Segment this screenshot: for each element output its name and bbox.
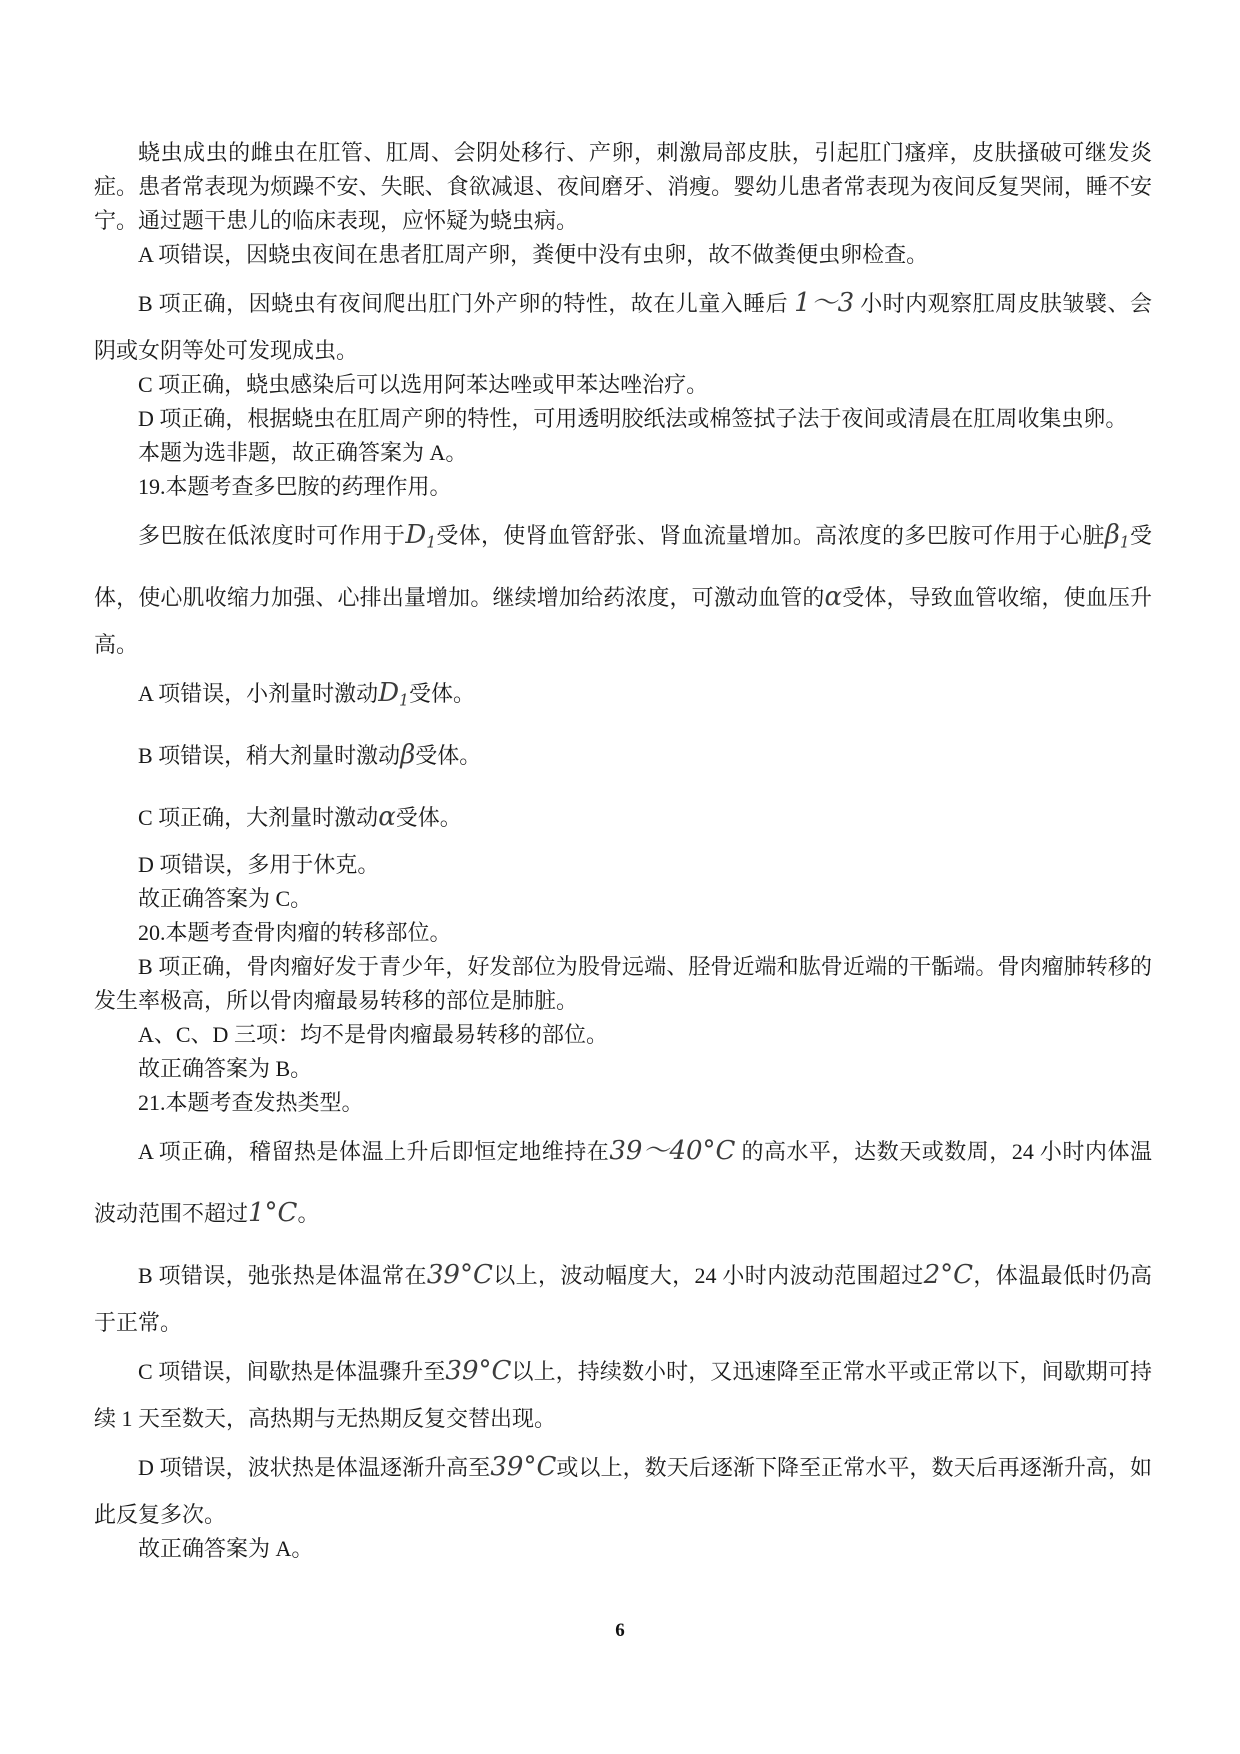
paragraph: C 项正确，蛲虫感染后可以选用阿苯达唑或甲苯达唑治疗。: [94, 368, 1152, 402]
math-formula: 39°C: [445, 1356, 511, 1386]
math-formula: 1°C: [248, 1198, 297, 1228]
paragraph: A 项错误，因蛲虫夜间在患者肛周产卵，粪便中没有虫卵，故不做粪便虫卵检查。: [94, 238, 1152, 272]
math-formula: 39°C: [490, 1452, 556, 1482]
paragraph: 21.本题考查发热类型。: [94, 1086, 1152, 1120]
paragraph: A 项正确，稽留热是体温上升后即恒定地维持在39～40°C 的高水平，达数天或数…: [94, 1120, 1152, 1244]
page-number: 6: [0, 1620, 1240, 1642]
math-formula: β: [400, 740, 415, 770]
math-formula: α: [378, 802, 396, 832]
paragraph: 故正确答案为 C。: [94, 882, 1152, 916]
math-formula: 39°C: [427, 1260, 493, 1290]
paragraph: 20.本题考查骨肉瘤的转移部位。: [94, 916, 1152, 950]
math-formula: D1: [378, 678, 409, 708]
paragraph: 19.本题考查多巴胺的药理作用。: [94, 470, 1152, 504]
paragraph: D 项错误，波状热是体温逐渐升高至39°C或以上，数天后逐渐下降至正常水平，数天…: [94, 1436, 1152, 1532]
paragraph: C 项正确，大剂量时激动α受体。: [94, 786, 1152, 848]
paragraph: B 项正确，因蛲虫有夜间爬出肛门外产卵的特性，故在儿童入睡后 1～3 小时内观察…: [94, 272, 1152, 368]
paragraph: C 项错误，间歇热是体温骤升至39°C以上，持续数小时，又迅速降至正常水平或正常…: [94, 1340, 1152, 1436]
math-formula: β1: [1105, 520, 1130, 550]
math-formula: 2°C: [924, 1260, 973, 1290]
paragraph: B 项正确，骨肉瘤好发于青少年，好发部位为股骨远端、胫骨近端和肱骨近端的干骺端。…: [94, 950, 1152, 1018]
paragraph: 故正确答案为 B。: [94, 1052, 1152, 1086]
document-body: 蛲虫成虫的雌虫在肛管、肛周、会阴处移行、产卵，刺激局部皮肤，引起肛门瘙痒，皮肤搔…: [94, 136, 1152, 1566]
document-page: 蛲虫成虫的雌虫在肛管、肛周、会阴处移行、产卵，刺激局部皮肤，引起肛门瘙痒，皮肤搔…: [0, 0, 1240, 1754]
math-formula: 39～40°C: [609, 1136, 735, 1166]
paragraph: A、C、D 三项：均不是骨肉瘤最易转移的部位。: [94, 1018, 1152, 1052]
paragraph: 本题为选非题，故正确答案为 A。: [94, 436, 1152, 470]
math-formula: 1～3: [794, 288, 854, 318]
paragraph: D 项正确，根据蛲虫在肛周产卵的特性，可用透明胶纸法或棉签拭子法于夜间或清晨在肛…: [94, 402, 1152, 436]
paragraph: D 项错误，多用于休克。: [94, 848, 1152, 882]
math-formula: α: [825, 582, 843, 612]
paragraph: B 项错误，稍大剂量时激动β受体。: [94, 724, 1152, 786]
paragraph: B 项错误，弛张热是体温常在39°C以上，波动幅度大，24 小时内波动范围超过2…: [94, 1244, 1152, 1340]
paragraph: 多巴胺在低浓度时可作用于D1受体，使肾血管舒张、肾血流量增加。高浓度的多巴胺可作…: [94, 504, 1152, 662]
paragraph: 故正确答案为 A。: [94, 1532, 1152, 1566]
paragraph: A 项错误，小剂量时激动D1受体。: [94, 662, 1152, 724]
math-formula: D1: [405, 520, 436, 550]
paragraph: 蛲虫成虫的雌虫在肛管、肛周、会阴处移行、产卵，刺激局部皮肤，引起肛门瘙痒，皮肤搔…: [94, 136, 1152, 238]
